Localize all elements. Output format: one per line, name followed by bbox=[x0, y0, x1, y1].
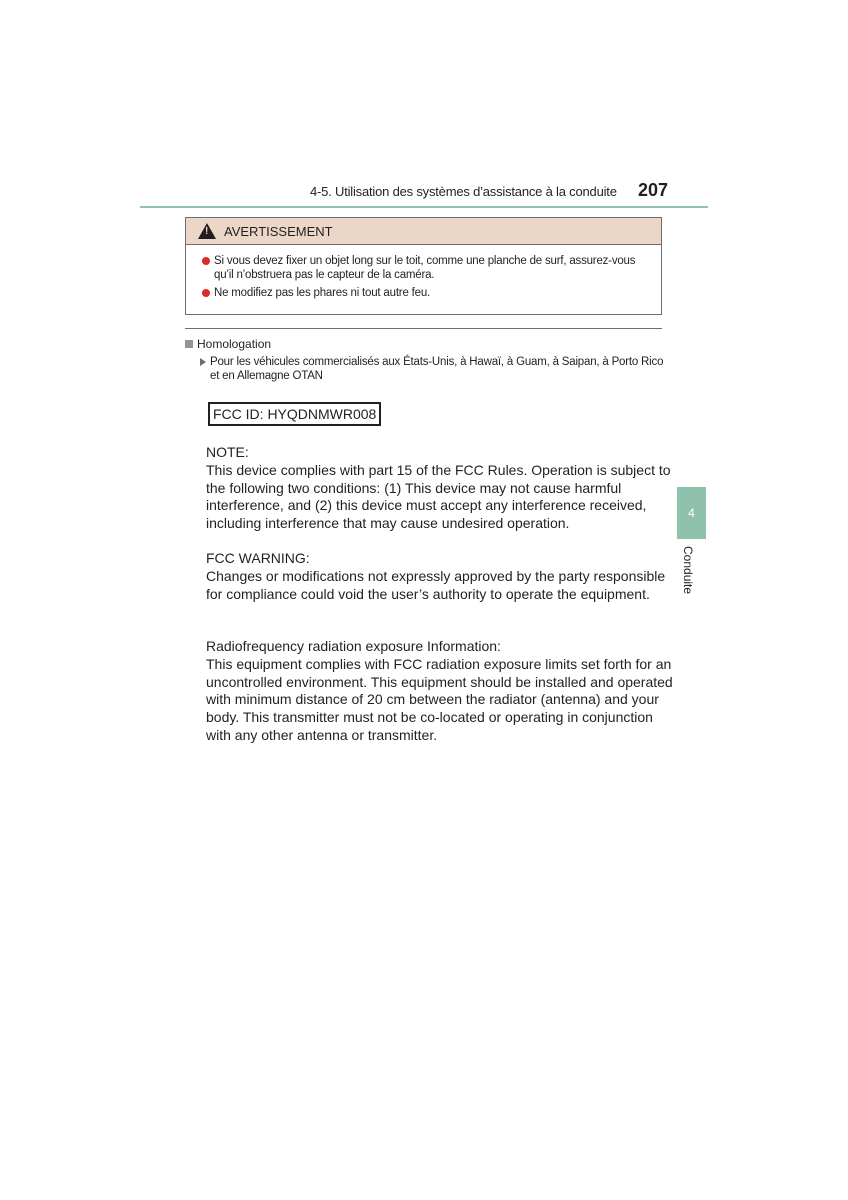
red-bullet-icon bbox=[202, 289, 210, 297]
section-divider bbox=[185, 328, 662, 329]
fcc-warning-text: Changes or modifications not expressly a… bbox=[206, 568, 676, 604]
warning-header: AVERTISSEMENT bbox=[186, 218, 661, 245]
homologation-subheading: Pour les véhicules commercialisés aux Ét… bbox=[200, 355, 675, 383]
chapter-tab: 4 bbox=[677, 487, 706, 539]
warning-item: Ne modifiez pas les phares ni tout autre… bbox=[202, 286, 651, 300]
warning-triangle-icon bbox=[198, 223, 216, 239]
warning-title: AVERTISSEMENT bbox=[224, 224, 333, 239]
rf-title: Radiofrequency radiation exposure Inform… bbox=[206, 638, 676, 656]
homologation-heading-text: Homologation bbox=[197, 337, 271, 351]
triangle-bullet-icon bbox=[200, 358, 206, 366]
fcc-id-label: FCC ID: HYQDNMWR008 bbox=[208, 402, 381, 426]
homologation-heading: Homologation bbox=[185, 337, 271, 351]
fcc-note-title: NOTE: bbox=[206, 444, 676, 462]
fcc-warning-title: FCC WARNING: bbox=[206, 550, 676, 568]
fcc-note-text: This device complies with part 15 of the… bbox=[206, 462, 676, 533]
header-divider bbox=[140, 206, 708, 208]
square-bullet-icon bbox=[185, 340, 193, 348]
fcc-warning: FCC WARNING: Changes or modifications no… bbox=[206, 550, 676, 603]
fcc-note: NOTE: This device complies with part 15 … bbox=[206, 444, 676, 533]
page-number: 207 bbox=[638, 180, 668, 201]
warning-item-text: Ne modifiez pas les phares ni tout autre… bbox=[214, 287, 430, 299]
section-title: 4-5. Utilisation des systèmes d’assistan… bbox=[310, 184, 617, 199]
chapter-label: Conduite bbox=[681, 546, 695, 594]
red-bullet-icon bbox=[202, 257, 210, 265]
homologation-subheading-text: Pour les véhicules commercialisés aux Ét… bbox=[210, 356, 663, 382]
warning-box: AVERTISSEMENT Si vous devez fixer un obj… bbox=[185, 217, 662, 315]
warning-item-text: Si vous devez fixer un objet long sur le… bbox=[214, 255, 635, 281]
rf-text: This equipment complies with FCC radiati… bbox=[206, 656, 676, 745]
rf-exposure-info: Radiofrequency radiation exposure Inform… bbox=[206, 638, 676, 745]
warning-list: Si vous devez fixer un objet long sur le… bbox=[186, 245, 661, 300]
warning-item: Si vous devez fixer un objet long sur le… bbox=[202, 254, 651, 282]
